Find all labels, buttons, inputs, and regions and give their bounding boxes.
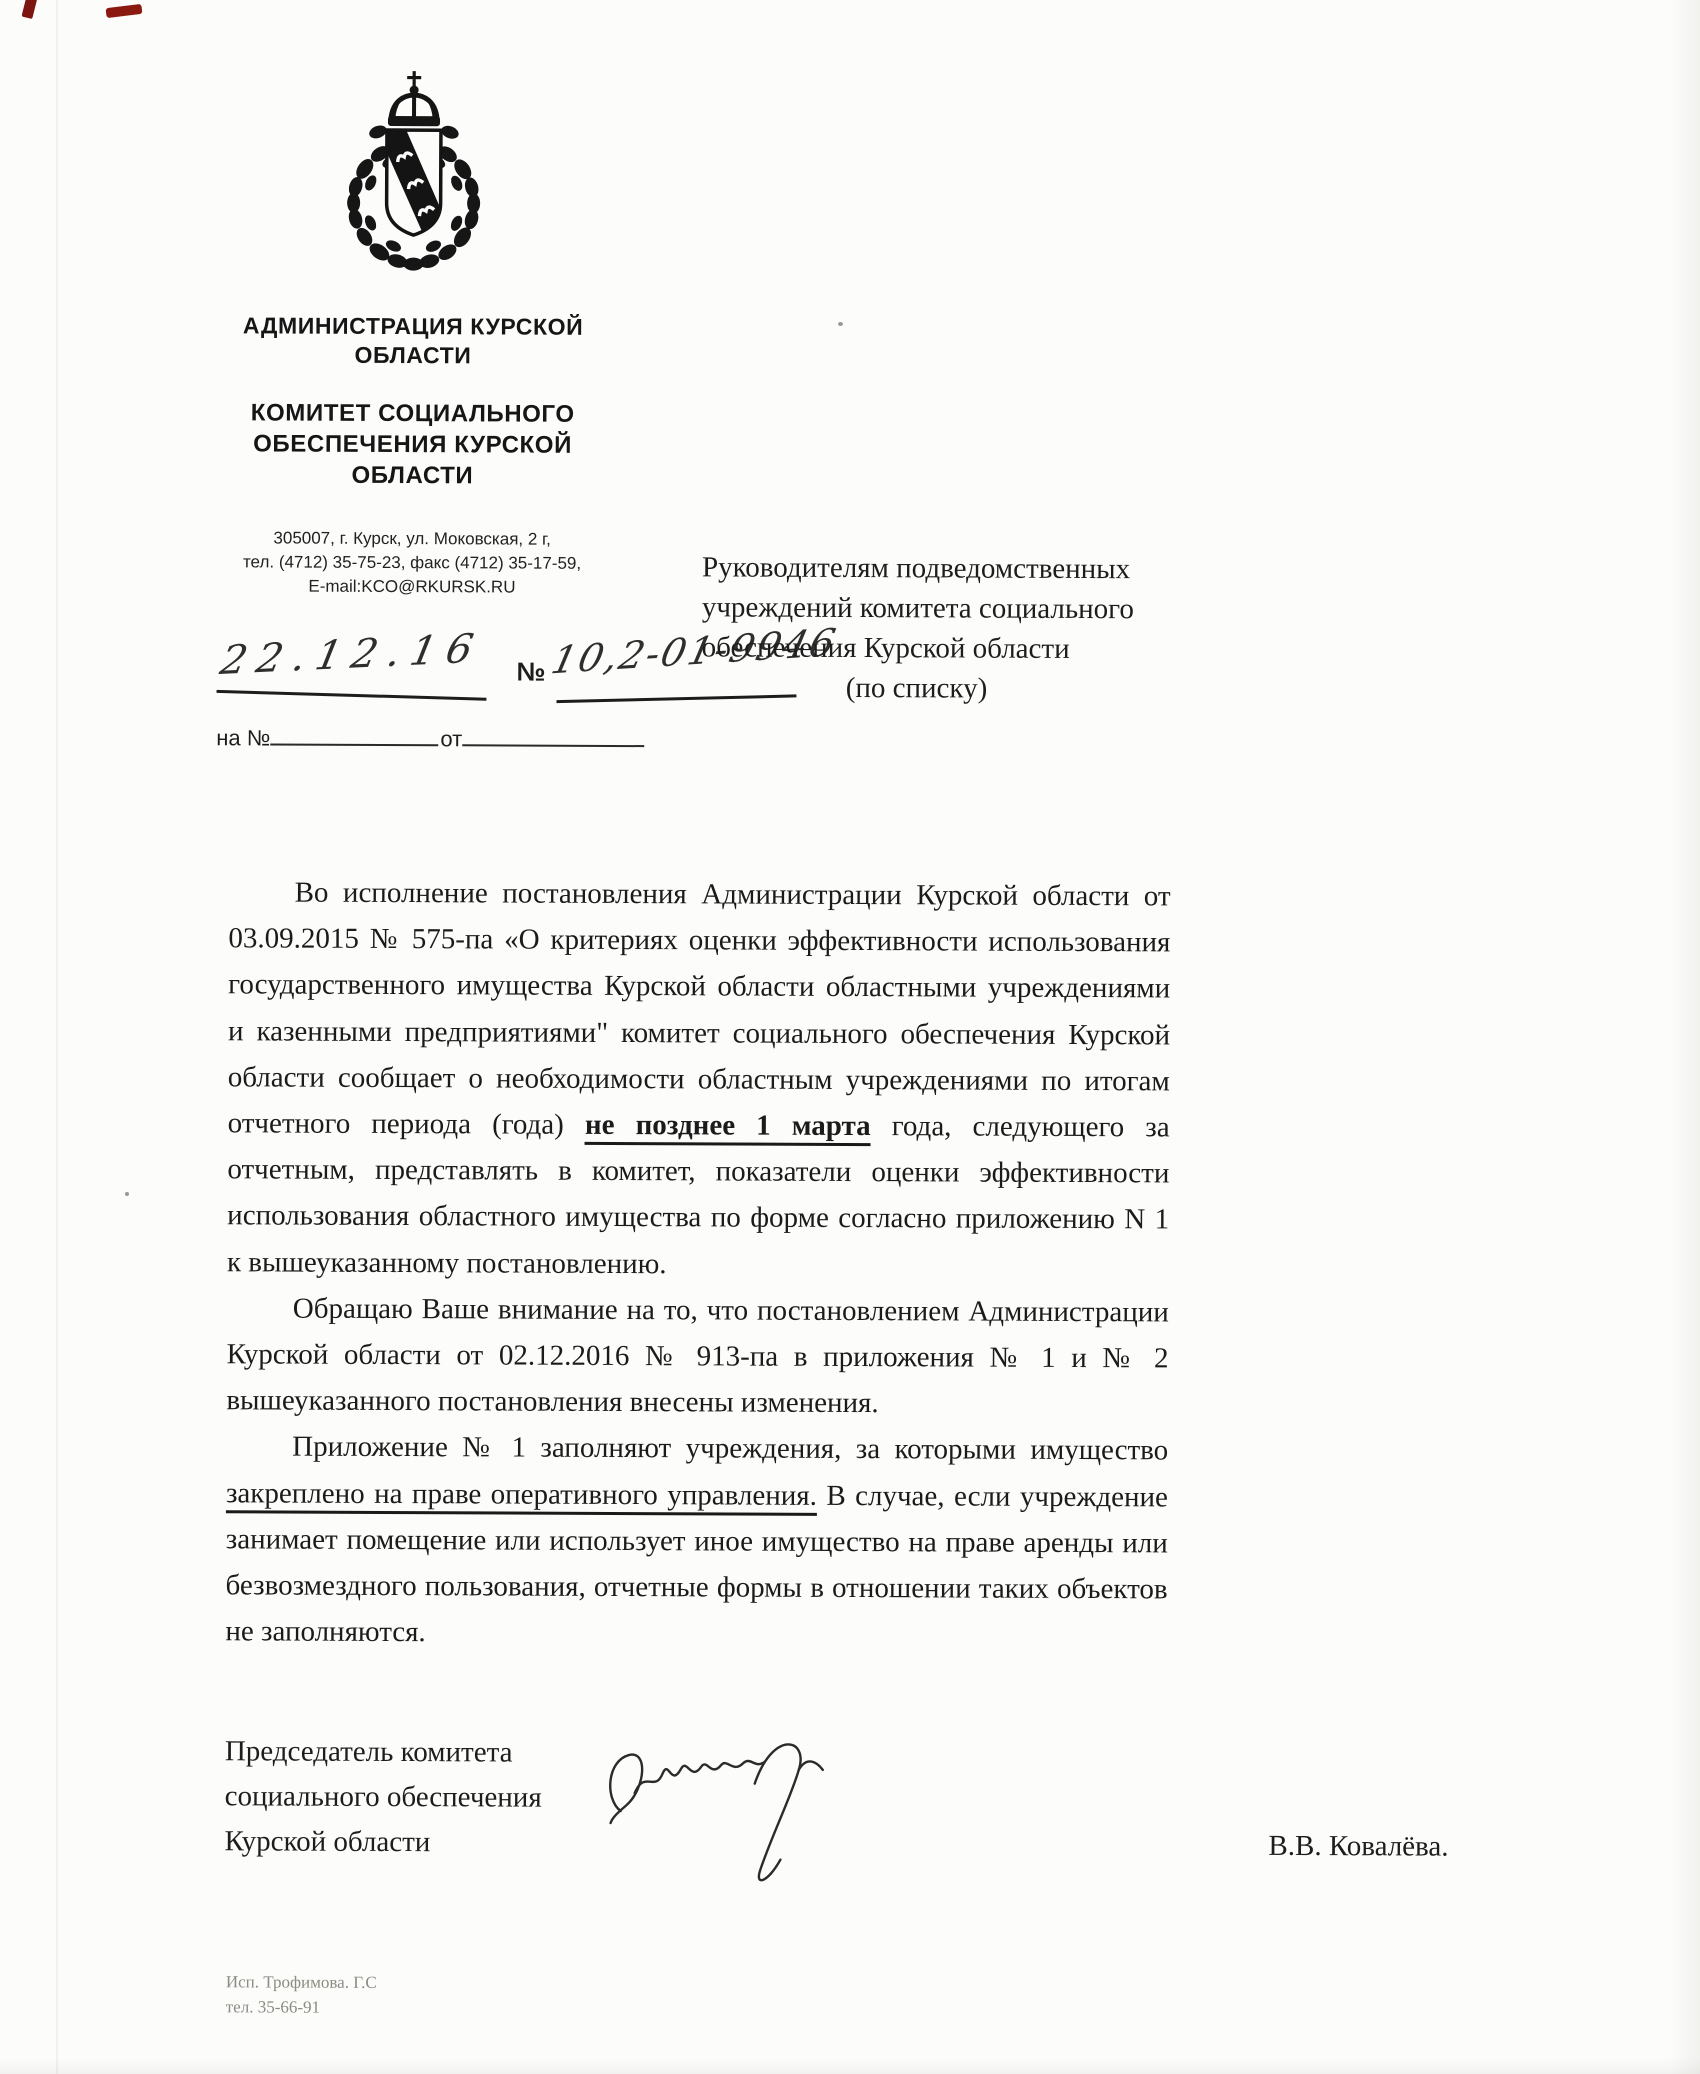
paragraph-text: Приложение № 1 заполняют учреждения, за … bbox=[292, 1431, 1168, 1467]
scan-edge-shadow bbox=[0, 2058, 1700, 2074]
handwritten-signature bbox=[596, 1711, 897, 1912]
body-paragraph-2: Обращаю Ваше внимание на то, что постано… bbox=[226, 1285, 1169, 1428]
handwritten-date: 22.12.16 bbox=[217, 626, 487, 684]
body-paragraph-1: Во исполнение постановления Администраци… bbox=[227, 869, 1171, 1289]
number-sign: № bbox=[517, 657, 546, 688]
recipient-line: Руководителям подведомственных bbox=[702, 547, 1202, 589]
operational-management-emphasis: закреплено на праве оперативного управле… bbox=[226, 1477, 817, 1516]
reply-ref-label: на № bbox=[216, 725, 270, 750]
org-address: 305007, г. Курск, ул. Моковская, 2 г, те… bbox=[172, 526, 652, 600]
executor-footer: Исп. Трофимова. Г.С тел. 35-66-91 bbox=[226, 1969, 377, 2020]
scan-edge-shadow bbox=[1670, 0, 1700, 2074]
executor-name: Исп. Трофимова. Г.С bbox=[226, 1969, 377, 1995]
recipient-block: Руководителям подведомственных учреждени… bbox=[701, 547, 1202, 709]
org-name: КОМИТЕТ СОЦИАЛЬНОГО ОБЕСПЕЧЕНИЯ КУРСКОЙ … bbox=[172, 397, 652, 492]
recipient-line: (по списку) bbox=[701, 667, 1131, 709]
executor-phone: тел. 35-66-91 bbox=[226, 1994, 377, 2020]
signer-title: Председатель комитета социального обеспе… bbox=[224, 1729, 542, 1865]
letter-body: Во исполнение постановления Администраци… bbox=[225, 869, 1170, 1659]
org-parent-name: АДМИНИСТРАЦИЯ КУРСКОЙ ОБЛАСТИ bbox=[173, 311, 653, 371]
signer-name: В.В. Ковалёва. bbox=[1268, 1830, 1448, 1864]
scanned-letter-page: АДМИНИСТРАЦИЯ КУРСКОЙ ОБЛАСТИ КОМИТЕТ СО… bbox=[0, 0, 1700, 2074]
body-paragraph-3: Приложение № 1 заполняют учреждения, за … bbox=[225, 1424, 1168, 1659]
letterhead: АДМИНИСТРАЦИЯ КУРСКОЙ ОБЛАСТИ КОМИТЕТ СО… bbox=[172, 0, 655, 600]
recipient-line: учреждений комитета социального bbox=[702, 587, 1202, 629]
reply-number-blank bbox=[270, 719, 438, 746]
deadline-emphasis: не позднее 1 марта bbox=[585, 1109, 871, 1146]
reply-reference-row: на №от bbox=[216, 719, 644, 753]
paragraph-text: Во исполнение постановления Администраци… bbox=[228, 877, 1171, 1141]
letter-content: АДМИНИСТРАЦИЯ КУРСКОЙ ОБЛАСТИ КОМИТЕТ СО… bbox=[0, 0, 1700, 2074]
recipient-line: обеспечения Курской области bbox=[702, 627, 1202, 669]
kursk-coat-of-arms bbox=[333, 68, 494, 284]
reply-date-blank bbox=[462, 720, 644, 747]
reply-from-label: от bbox=[440, 726, 462, 751]
date-underline bbox=[216, 690, 486, 701]
